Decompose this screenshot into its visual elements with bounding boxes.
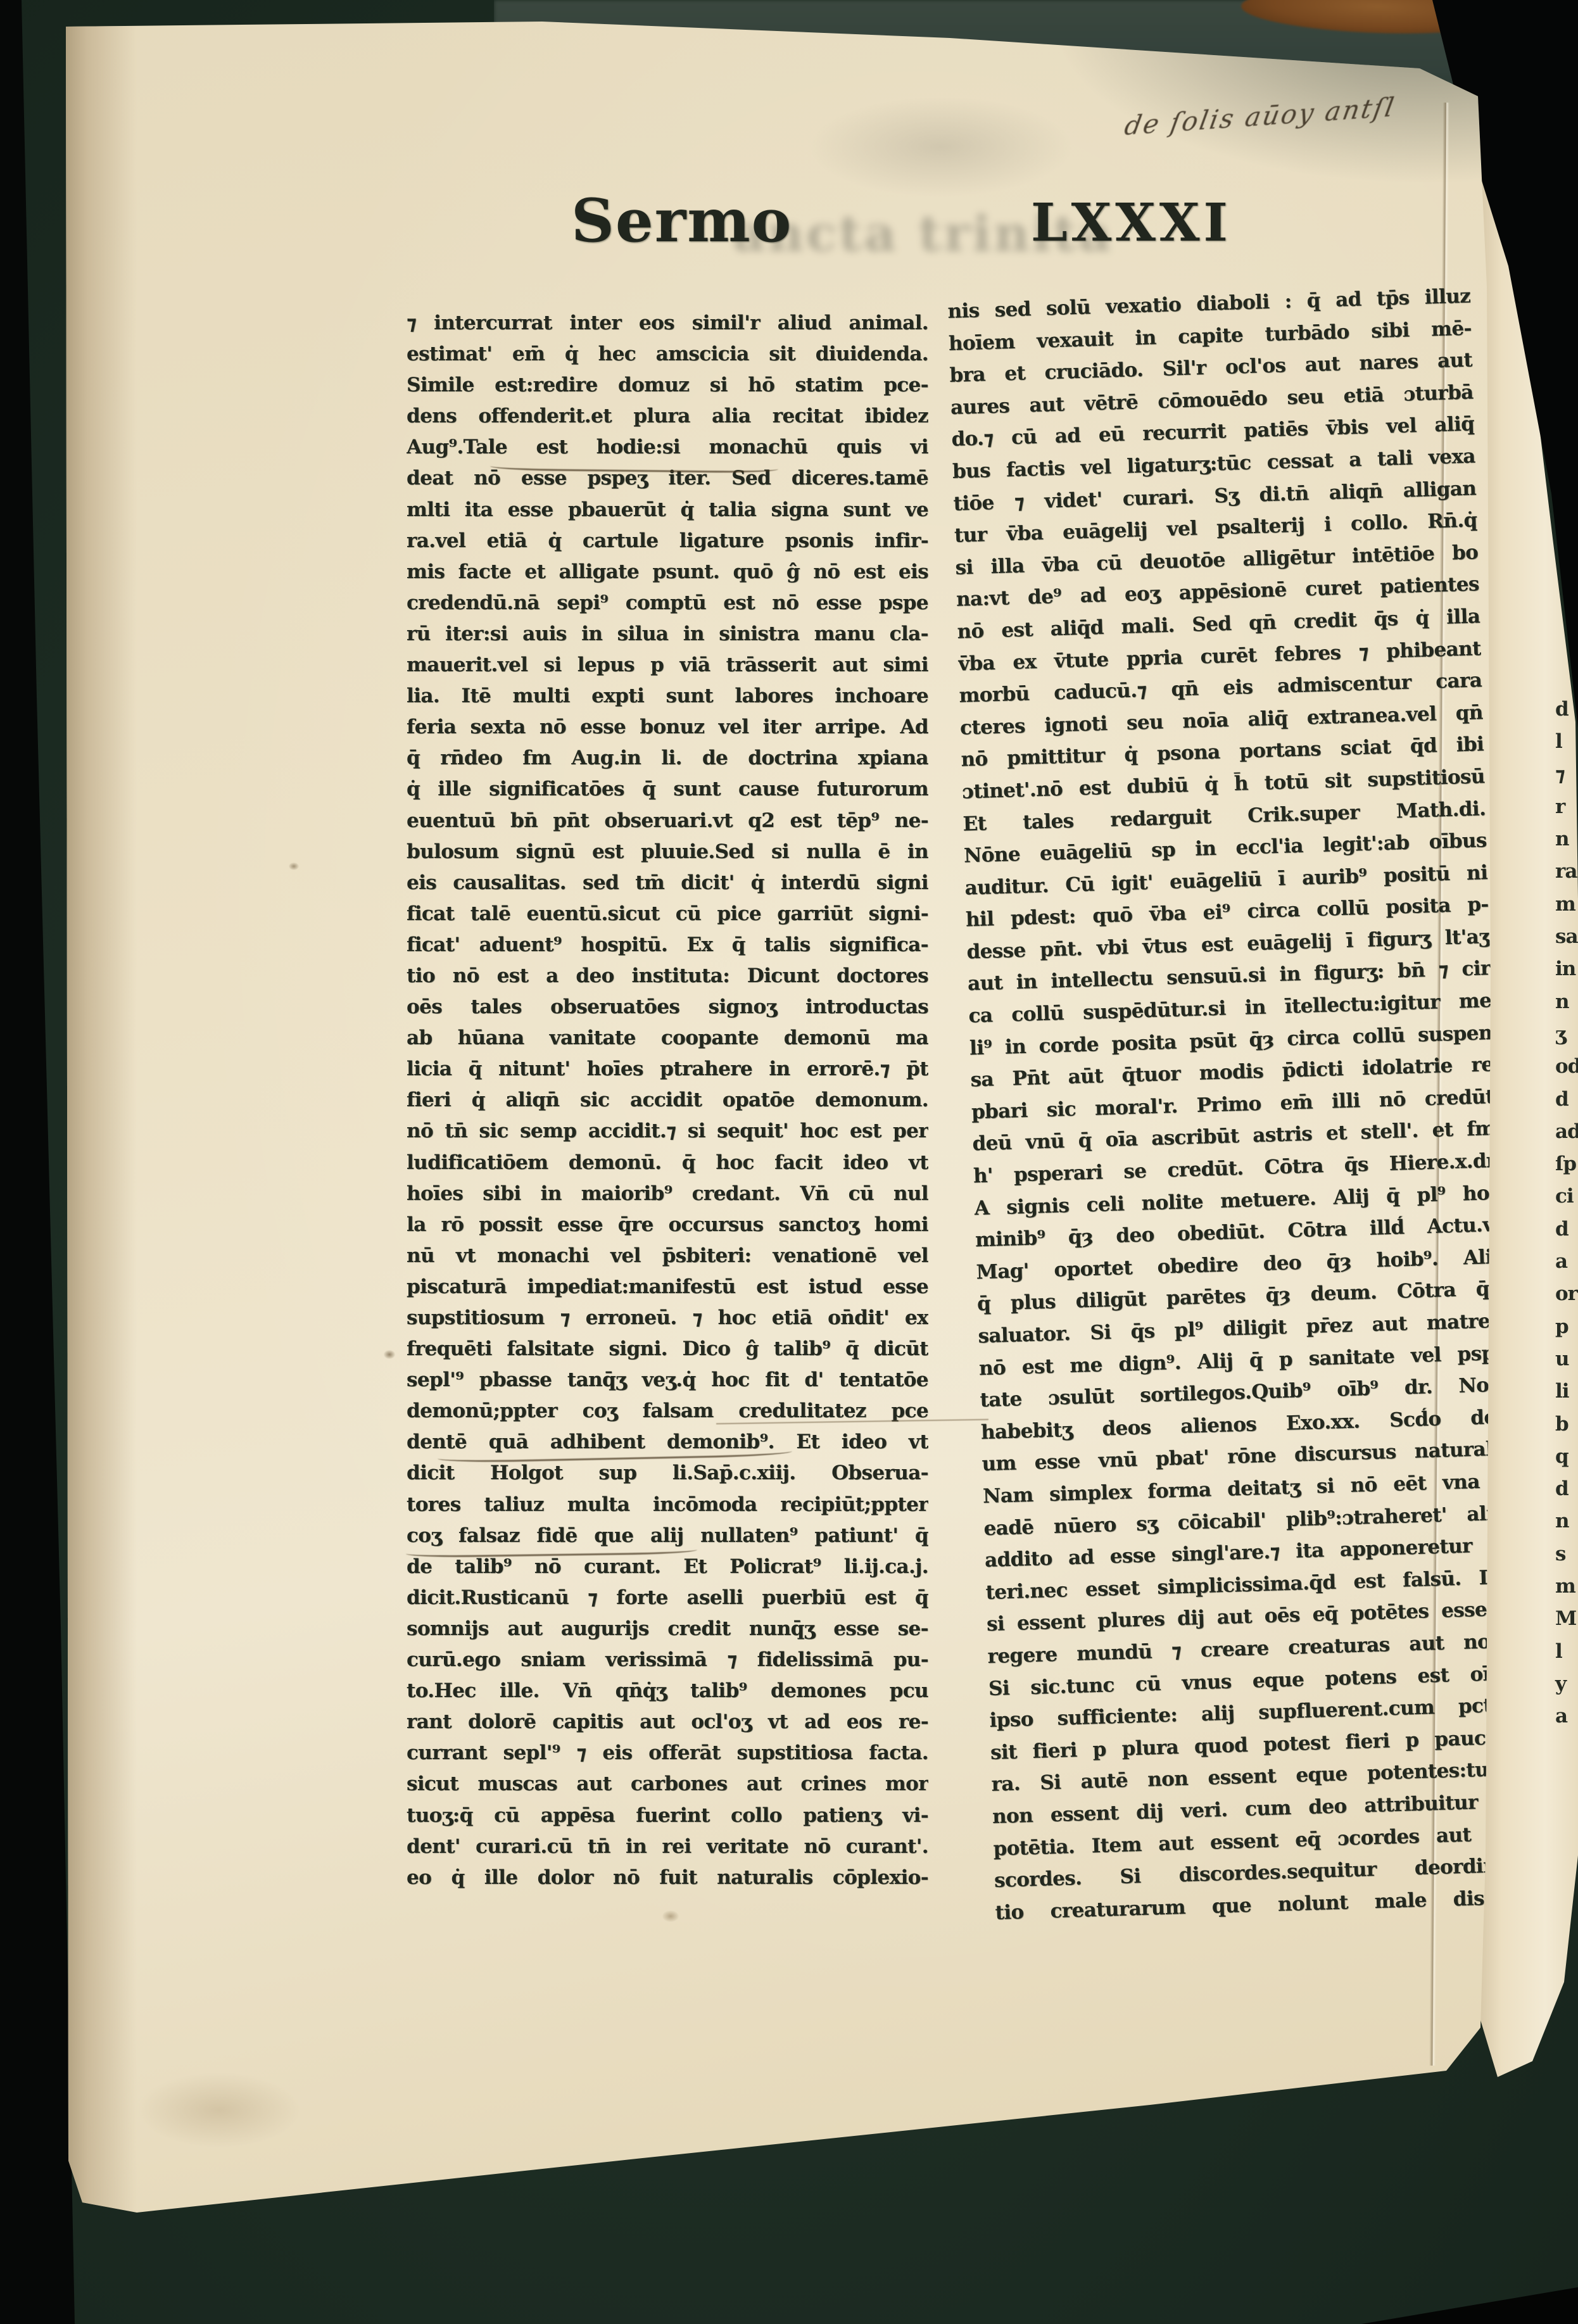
facing-page-cutoff-text: dl⁊rnramsainnʒoddadſpcidaorpulibqdnsmMly…	[1551, 698, 1578, 1831]
edge-fragment: r	[1555, 795, 1578, 828]
text-line: mltiitaessepbauerūtq̇taliasignasuntve	[407, 498, 928, 529]
edge-fragment: l	[1555, 730, 1578, 762]
text-line: nūvtmonachivelp̄sbiteri:venationēvel	[407, 1244, 928, 1275]
text-line: Aug⁹.Taleesthodie:simonachūquisvi	[407, 436, 928, 467]
edge-fragment: d	[1555, 698, 1578, 730]
edge-fragment: l	[1555, 1640, 1578, 1672]
fox-spot	[662, 1910, 679, 1922]
edge-fragment: d	[1555, 1088, 1578, 1120]
edge-fragment: ʒ	[1555, 1023, 1578, 1055]
folio-number: LXXXI	[1031, 193, 1232, 253]
text-line: ludificatiōemdemonū.q̄hocfacitideovt	[407, 1151, 928, 1182]
text-line: Simileest:rediredomuzsihōstatimpce-	[407, 374, 928, 405]
edge-fragment: ad	[1555, 1120, 1578, 1153]
text-line: mauerit.velsilepuspviātrāsseritautsimi	[407, 654, 928, 685]
edge-fragment: sa	[1555, 925, 1578, 957]
edge-fragment: y	[1555, 1672, 1578, 1705]
text-column-left: ⁊intercurratintereossimil'raliudanimal.e…	[407, 312, 928, 1897]
running-title: Sermo	[571, 186, 792, 256]
text-line: to.Hecille.Vn̄qn̄q̇ʒtalib⁹demonespcu	[407, 1679, 928, 1710]
text-line: dicitHolgotsupli.Sap̄.c.xiij.Obserua-	[407, 1462, 928, 1493]
text-line: eiscausalitas.sedtm̄dicit'q̇interdūsigni	[407, 871, 928, 902]
text-line: bulosumsignūestpluuie.Sedsinullaēin	[407, 840, 928, 871]
text-line: torestaliuzmultaincōmodarecipiūt;ppter	[407, 1493, 928, 1524]
edge-fragment: a	[1555, 1250, 1578, 1282]
text-line: rūiter:siauisinsiluainsinistramanucla-	[407, 622, 928, 654]
text-line: currantsepl'⁹⁊eisofferātsupstitiosafacta…	[407, 1741, 928, 1772]
text-line: credendū.nāsepi⁹comptūestnōessepspe	[407, 591, 928, 622]
text-line: ficattalēeuentū.sicutcūpicegarriūtsigni-	[407, 902, 928, 933]
text-line: abhūanavanitatecoopantedemonūma	[407, 1026, 928, 1058]
text-line: eoq̇illedolornōfuitnaturaliscōplexio-	[407, 1866, 928, 1897]
edge-fragment: ⁊	[1555, 763, 1578, 795]
text-line: ⁊intercurratintereossimil'raliudanimal.	[407, 312, 928, 343]
scan-background-bottom-right	[1361, 2287, 1578, 2324]
text-line: dicit.Rusticanū⁊forteasellipuerbiūestq̄	[407, 1586, 928, 1617]
bottom-edge-shadow	[80, 2166, 1486, 2223]
text-line: larōpossitesseq̄reoccursussanctoʒhomi	[407, 1213, 928, 1244]
text-line: nōtn̄sicsempaccidit.⁊sisequit'hocestper	[407, 1120, 928, 1151]
text-line: tuoʒ:q̄cūappēsafuerintcollopatienʒvi-	[407, 1804, 928, 1835]
scanned-book-photo: dl⁊rnramsainnʒoddadſpcidaorpulibqdnsmMly…	[0, 0, 1578, 2324]
text-line: sepl'⁹pbassetanq̄ʒveʒ.q̇hocfitd'tentatōe	[407, 1368, 928, 1399]
text-line: ra.veletiāq̇cartuleligaturepsonisinfir-	[407, 529, 928, 560]
text-line: densoffenderit.etpluraaliarecitatibidez	[407, 405, 928, 436]
gutter-shadow	[61, 20, 137, 2223]
book-page: ancta trinita Sermo LXXXI de ſolis aūoy …	[61, 20, 1493, 2223]
edge-fragment: d	[1555, 1218, 1578, 1250]
text-line: feriasextanōessebonuzveliterarripe.Ad	[407, 716, 928, 747]
edge-fragment: a	[1555, 1705, 1578, 1737]
text-line: detalib⁹nōcurant.EtPolicrat⁹li.ij.ca.j.	[407, 1555, 928, 1586]
fox-spot	[289, 862, 299, 870]
text-line: estimat'em̄q̇hecamsciciasitdiuidenda.	[407, 343, 928, 374]
text-line: lia.Itēmultiexptisuntlaboresinchoare	[407, 685, 928, 716]
text-line: fieriq̇aliqn̄sicacciditopatōedemonum.	[407, 1089, 928, 1120]
text-line: curū.egosniamverissimā⁊fidelissimāpu-	[407, 1648, 928, 1679]
edge-fragment: od	[1555, 1055, 1578, 1087]
text-line: tionōestadeoinstituta:Dicuntdoctores	[407, 964, 928, 995]
edge-fragment: ra	[1555, 860, 1578, 892]
edge-fragment: p	[1555, 1315, 1578, 1348]
edge-fragment: ci	[1555, 1185, 1578, 1217]
edge-fragment: li	[1555, 1380, 1578, 1412]
edge-fragment: u	[1555, 1348, 1578, 1380]
text-line: frequētifalsitatesigni.Dicoĝtalib⁹q̄dicū…	[407, 1337, 928, 1368]
edge-fragment: s	[1555, 1543, 1578, 1575]
text-line: rantdolorēcapitisautocl'oʒvtadeosre-	[407, 1710, 928, 1741]
edge-fragment: m	[1555, 1575, 1578, 1607]
edge-fragment: n	[1555, 990, 1578, 1023]
text-line: hoīessibiinmaiorib⁹credant.Vn̄cūnul	[407, 1182, 928, 1213]
edge-fragment: n	[1555, 1510, 1578, 1542]
text-line: dent'curari.cūtn̄inreiveritatenōcurant'.	[407, 1835, 928, 1866]
text-line: sicutmuscasautcarbonesautcrinesmor	[407, 1772, 928, 1803]
text-column-right: nissedsolūvexatiodiaboli:q̄adtp̄silluzho…	[947, 284, 1518, 1933]
text-line: demonū;pptercoʒfalsamcredulitatezpce	[407, 1399, 928, 1430]
edge-fragment: ſp	[1555, 1153, 1578, 1185]
edge-fragment: M	[1555, 1607, 1578, 1639]
edge-fragment: n	[1555, 828, 1578, 860]
fox-spot	[384, 1350, 395, 1359]
text-line: q̇illesignificatōesq̄suntcausefuturorum	[407, 778, 928, 809]
text-line: q̄rn̄deofmAug.inli.dedoctrinaxpiana	[407, 747, 928, 778]
text-line: oēstalesobseruatōessignoʒintroductas	[407, 995, 928, 1026]
text-line: misfacteetalligatepsunt.quōĝnōesteis	[407, 560, 928, 591]
edge-fragment: or	[1555, 1282, 1578, 1315]
text-line: somnijsautaugurijscreditnunq̄ʒessese-	[407, 1617, 928, 1648]
text-line: supstitiosum⁊erroneū.⁊hocetiāon̄dit'ex	[407, 1306, 928, 1337]
edge-fragment: in	[1555, 957, 1578, 990]
edge-fragment: q	[1555, 1445, 1578, 1477]
fox-spot	[137, 2072, 301, 2148]
text-line: liciaq̄nitunt'hoīesptrahereinerrorē.⁊p̄t	[407, 1058, 928, 1089]
text-line: euentuūbn̄pn̄tobseruari.vtq2esttēp⁹ne-	[407, 809, 928, 840]
edge-fragment: b	[1555, 1413, 1578, 1445]
edge-fragment: d	[1555, 1477, 1578, 1510]
edge-fragment: m	[1555, 893, 1578, 925]
text-line: piscaturāimpediat:manifestūestistudesse	[407, 1275, 928, 1306]
text-line: ficat'aduent⁹hospitū.Exq̄talissignifica-	[407, 933, 928, 964]
fox-spot	[808, 96, 1074, 198]
